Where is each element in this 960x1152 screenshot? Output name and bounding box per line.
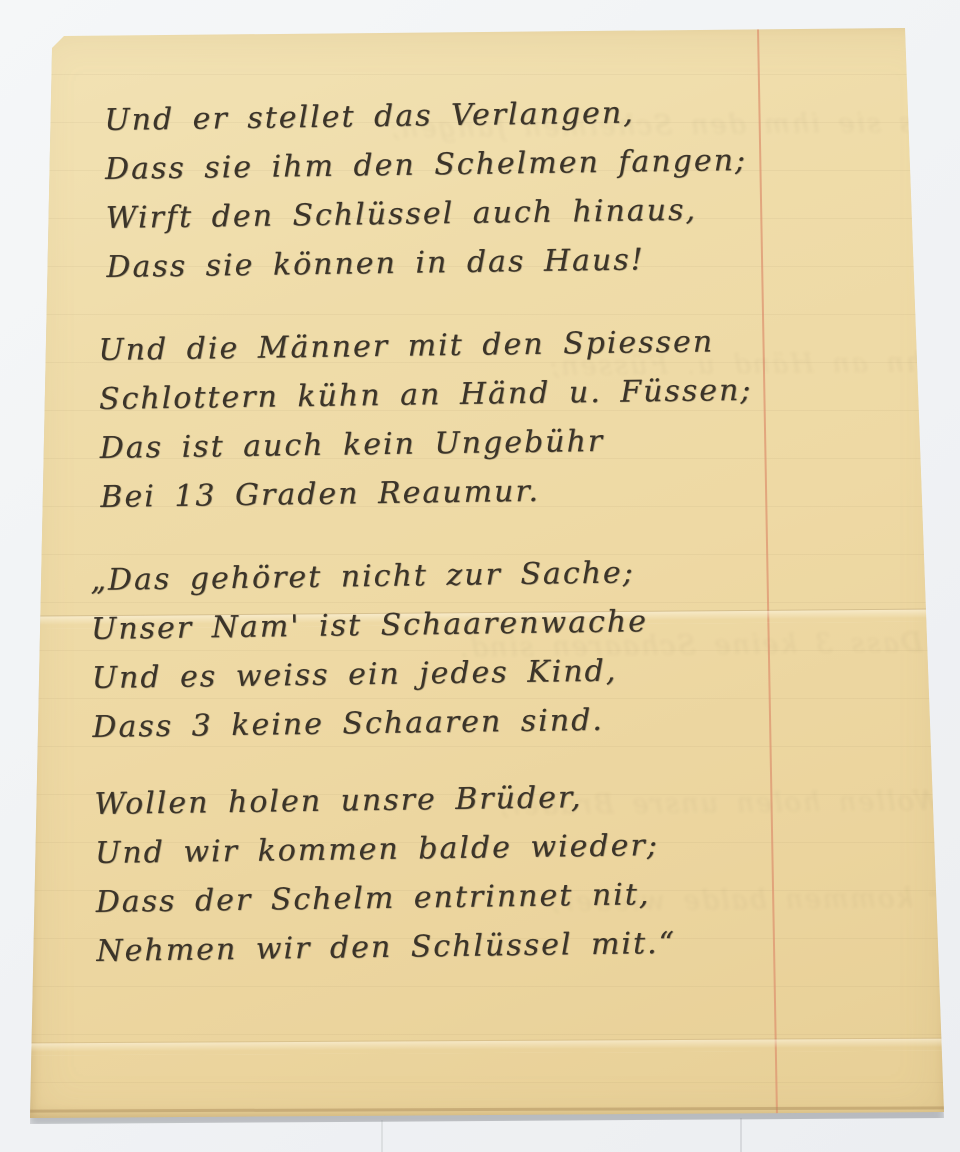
poem-line: „Das gehöret nicht zur Sache; xyxy=(90,548,648,605)
poem-line: Dass der Schelm entrinnet nit, xyxy=(95,870,675,927)
poem-line: Dass sie ihm den Schelmen fangen; xyxy=(105,136,748,194)
poem-line: Bei 13 Graden Reaumur. xyxy=(100,464,754,522)
poem-stanza-4: Wollen holen unsre Brüder, Und wir komme… xyxy=(94,772,676,976)
poem-stanza-1: Und er stellet das Verlangen, Dass sie i… xyxy=(104,87,749,292)
poem-line: Dass sie können in das Haus! xyxy=(106,234,749,292)
poem-line: Unser Nam' ist Schaarenwache xyxy=(91,597,649,654)
poem-line: Wirft den Schlüssel auch hinaus, xyxy=(105,185,748,243)
poem-line: Schlottern kühn an Händ u. Füssen; xyxy=(99,366,753,424)
poem-line: Dass 3 keine Schaaren sind. xyxy=(92,695,650,752)
poem-line: Und es weiss ein jedes Kind, xyxy=(91,646,649,703)
manuscript-page: Dass sie ihm den Schelmen fangen; Schlot… xyxy=(28,26,946,1122)
poem-stanza-2: Und die Männer mit den Spiessen Schlotte… xyxy=(98,317,754,522)
scanner-seam xyxy=(740,1118,742,1152)
fold-crease xyxy=(28,1038,946,1056)
scan-background: Dass sie ihm den Schelmen fangen; Schlot… xyxy=(0,0,960,1152)
poem-line: Wollen holen unsre Brüder, xyxy=(94,772,674,829)
poem-line: Nehmen wir den Schlüssel mit.“ xyxy=(96,919,676,976)
paper-bottom-edge xyxy=(30,1106,944,1112)
red-margin-line xyxy=(757,28,778,1118)
poem-line: Und wir kommen balde wieder; xyxy=(95,821,675,878)
scanner-seam xyxy=(381,1120,383,1152)
poem-line: Und er stellet das Verlangen, xyxy=(104,87,747,145)
poem-stanza-3: „Das gehöret nicht zur Sache; Unser Nam'… xyxy=(90,548,650,752)
